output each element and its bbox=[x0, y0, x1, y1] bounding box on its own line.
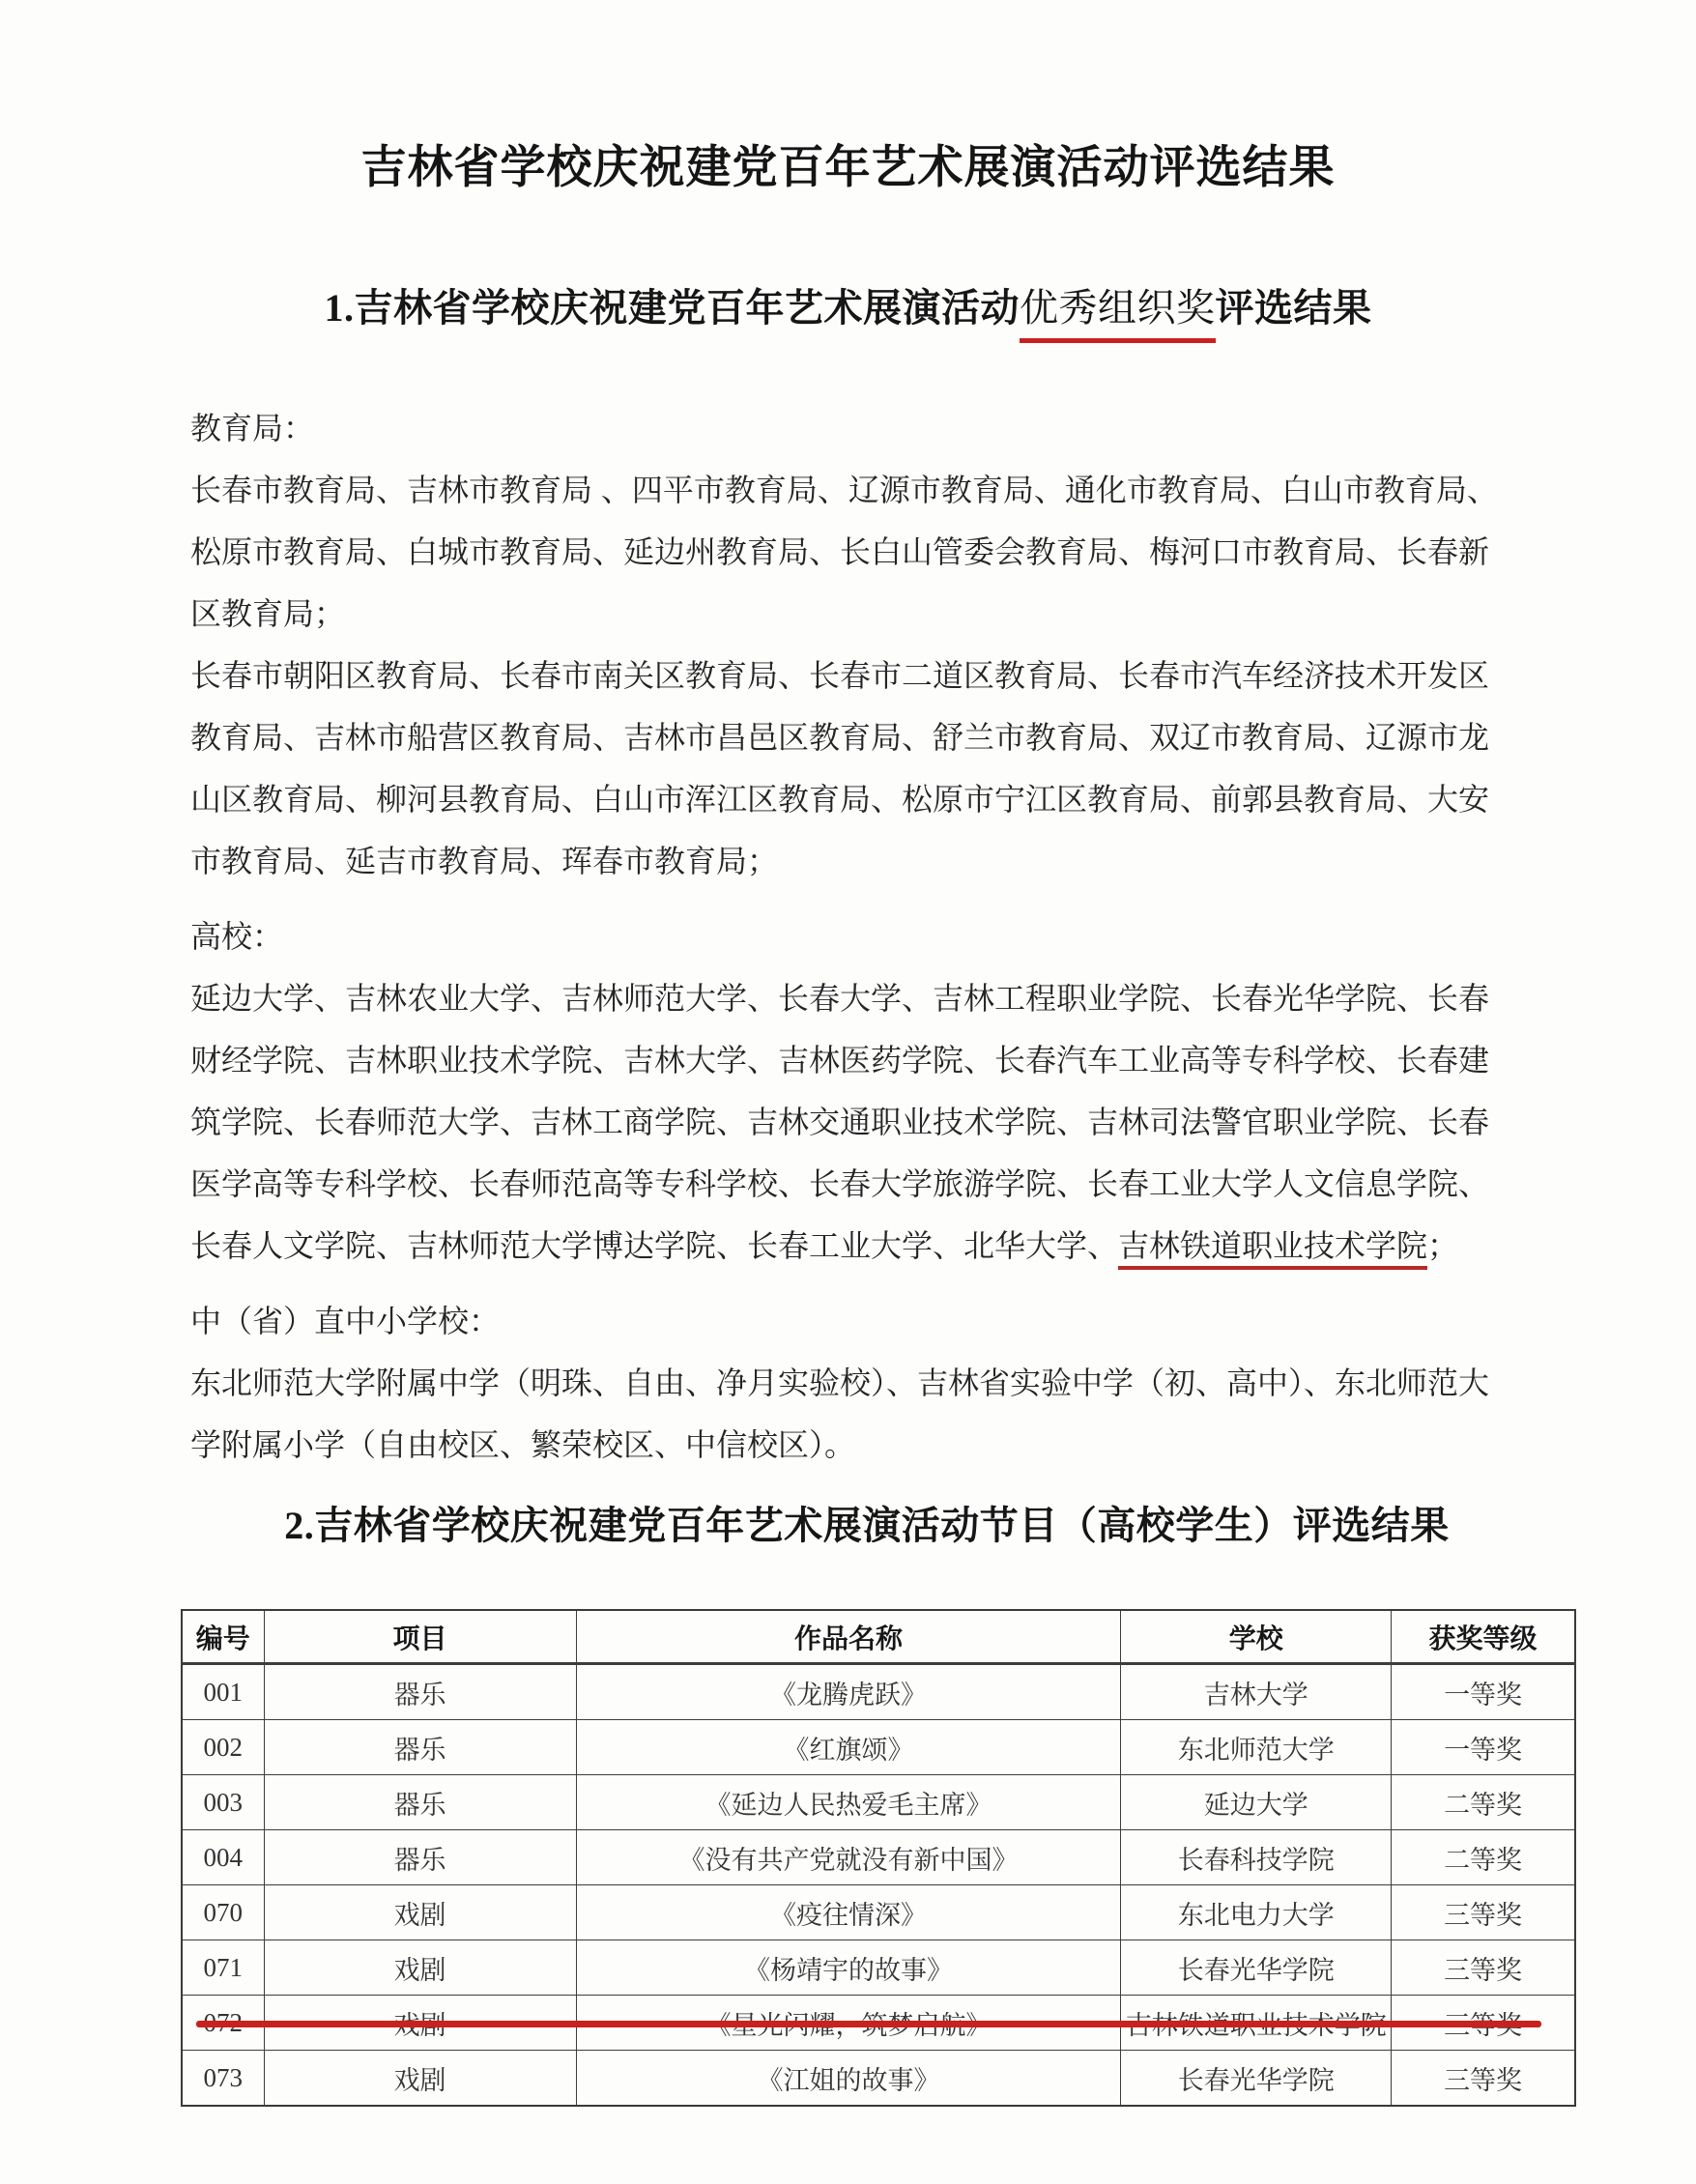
section2-heading-part-b: 活动 bbox=[902, 1505, 980, 1547]
university-label: 高校： bbox=[190, 905, 1543, 967]
document-page: 吉林省学校庆祝建党百年艺术展演活动评选结果 1.吉林省学校庆祝建党百年艺术展演活… bbox=[0, 0, 1696, 2184]
paragraph-line: 延边大学、吉林农业大学、吉林师范大学、长春大学、吉林工程职业学院、长春光华学院、… bbox=[190, 967, 1543, 1029]
section1-heading-part-b: 活动 bbox=[941, 287, 1020, 330]
cell-school: 吉林大学 bbox=[1121, 1664, 1392, 1720]
section2-heading-part-d: 评选结果 bbox=[1293, 1505, 1450, 1547]
section1-heading: 1.吉林省学校庆祝建党百年艺术展演活动优秀组织奖评选结果 bbox=[0, 281, 1696, 335]
section1-heading-part-c: 评选结果 bbox=[1216, 287, 1372, 330]
red-highlight-underline bbox=[196, 2021, 1541, 2027]
section1-heading-underlined-award: 优秀组织奖 bbox=[1020, 286, 1216, 343]
column-header-category: 项目 bbox=[264, 1610, 576, 1664]
cell-id: 070 bbox=[182, 1885, 264, 1940]
paragraph-line: 区教育局； bbox=[190, 583, 1543, 645]
document-body: 教育局： 长春市教育局、吉林市教育局 、四平市教育局、辽源市教育局、通化市教育局… bbox=[0, 397, 1696, 2107]
cell-work: 《没有共产党就没有新中国》 bbox=[576, 1830, 1121, 1885]
education-bureau-label: 教育局： bbox=[190, 397, 1543, 459]
cell-category: 器乐 bbox=[264, 1775, 576, 1830]
cell-school: 东北师范大学 bbox=[1121, 1720, 1392, 1775]
paragraph-line: 东北师范大学附属中学（明珠、自由、净月实验校）、吉林省实验中学（初、高中）、东北… bbox=[190, 1352, 1543, 1414]
paragraph-line-with-highlight: 长春人文学院、吉林师范大学博达学院、长春工业大学、北华大学、吉林铁道职业技术学院… bbox=[190, 1215, 1543, 1277]
cell-school: 东北电力大学 bbox=[1121, 1885, 1392, 1940]
paragraph-line: 长春市朝阳区教育局、长春市南关区教育局、长春市二道区教育局、长春市汽车经济技术开… bbox=[190, 645, 1543, 706]
cell-work: 《龙腾虎跃》 bbox=[576, 1664, 1121, 1720]
cell-award: 一等奖 bbox=[1392, 1664, 1575, 1720]
cell-category: 器乐 bbox=[264, 1720, 576, 1775]
cell-award: 二等奖 bbox=[1392, 1775, 1575, 1830]
provincial-schools-paragraph: 东北师范大学附属中学（明珠、自由、净月实验校）、吉林省实验中学（初、高中）、东北… bbox=[190, 1352, 1543, 1476]
cell-work: 《杨靖宇的故事》 bbox=[576, 1940, 1121, 1996]
table-header-row: 编号 项目 作品名称 学校 获奖等级 bbox=[182, 1610, 1575, 1664]
cell-id: 004 bbox=[182, 1830, 264, 1885]
cell-id: 003 bbox=[182, 1775, 264, 1830]
paragraph-line: 市教育局、延吉市教育局、珲春市教育局； bbox=[190, 830, 1543, 892]
paragraph-line: 财经学院、吉林职业技术学院、吉林大学、吉林医药学院、长春汽车工业高等专科学校、长… bbox=[190, 1029, 1543, 1091]
cell-award: 三等奖 bbox=[1392, 1940, 1575, 1996]
cell-school: 长春光华学院 bbox=[1121, 1940, 1392, 1996]
cell-work: 《红旗颂》 bbox=[576, 1720, 1121, 1775]
cell-school: 长春科技学院 bbox=[1121, 1830, 1392, 1885]
column-header-id: 编号 bbox=[182, 1610, 264, 1664]
university-line-prefix: 长春人文学院、吉林师范大学博达学院、长春工业大学、北华大学、 bbox=[190, 1228, 1118, 1263]
document-title: 吉林省学校庆祝建党百年艺术展演活动评选结果 bbox=[0, 0, 1696, 198]
column-header-award: 获奖等级 bbox=[1392, 1610, 1575, 1664]
table-row: 001 器乐 《龙腾虎跃》 吉林大学 一等奖 bbox=[182, 1664, 1575, 1720]
results-table: 编号 项目 作品名称 学校 获奖等级 001 器乐 《龙腾虎跃》 吉林大学 一等… bbox=[181, 1609, 1576, 2107]
cell-id: 073 bbox=[182, 2051, 264, 2107]
cell-work: 《疫往情深》 bbox=[576, 1885, 1121, 1940]
cell-category: 戏剧 bbox=[264, 1940, 576, 1996]
cell-award: 二等奖 bbox=[1392, 1830, 1575, 1885]
education-bureau-paragraph-1: 长春市教育局、吉林市教育局 、四平市教育局、辽源市教育局、通化市教育局、白山市教… bbox=[190, 459, 1543, 645]
column-header-school: 学校 bbox=[1121, 1610, 1392, 1664]
paragraph-line: 教育局、吉林市船营区教育局、吉林市昌邑区教育局、舒兰市教育局、双辽市教育局、辽源… bbox=[190, 706, 1543, 768]
table-row: 073 戏剧 《江姐的故事》 长春光华学院 三等奖 bbox=[182, 2051, 1575, 2107]
cell-category: 器乐 bbox=[264, 1830, 576, 1885]
table-row: 070 戏剧 《疫往情深》 东北电力大学 三等奖 bbox=[182, 1885, 1575, 1940]
table-row: 071 戏剧 《杨靖宇的故事》 长春光华学院 三等奖 bbox=[182, 1940, 1575, 1996]
paragraph-line: 山区教育局、柳河县教育局、白山市浑江区教育局、松原市宁江区教育局、前郭县教育局、… bbox=[190, 768, 1543, 830]
cell-award: 三等奖 bbox=[1392, 1885, 1575, 1940]
cell-category: 戏剧 bbox=[264, 2051, 576, 2107]
cell-work: 《江姐的故事》 bbox=[576, 2051, 1121, 2107]
university-paragraph: 延边大学、吉林农业大学、吉林师范大学、长春大学、吉林工程职业学院、长春光华学院、… bbox=[190, 967, 1543, 1277]
paragraph-line: 长春市教育局、吉林市教育局 、四平市教育局、辽源市教育局、通化市教育局、白山市教… bbox=[190, 459, 1543, 521]
paragraph-line: 松原市教育局、白城市教育局、延边州教育局、长白山管委会教育局、梅河口市教育局、长… bbox=[190, 521, 1543, 583]
cell-school: 长春光华学院 bbox=[1121, 2051, 1392, 2107]
document-title-part-a: 吉林省学校庆祝建党百年艺术展演 bbox=[361, 143, 1057, 193]
section2-heading: 2.吉林省学校庆祝建党百年艺术展演活动节目（高校学生）评选结果 bbox=[190, 1499, 1543, 1553]
cell-award: 三等奖 bbox=[1392, 2051, 1575, 2107]
document-title-part-b: 活动评选结果 bbox=[1057, 141, 1336, 192]
provincial-schools-label: 中（省）直中小学校： bbox=[190, 1290, 1543, 1352]
cell-id: 002 bbox=[182, 1720, 264, 1775]
highlighted-school-name: 吉林铁道职业技术学院 bbox=[1118, 1228, 1427, 1270]
cell-id: 071 bbox=[182, 1940, 264, 1996]
cell-work: 《延边人民热爱毛主席》 bbox=[576, 1775, 1121, 1830]
university-line-suffix: ； bbox=[1427, 1228, 1458, 1263]
table-row: 004 器乐 《没有共产党就没有新中国》 长春科技学院 二等奖 bbox=[182, 1830, 1575, 1885]
cell-school: 延边大学 bbox=[1121, 1775, 1392, 1830]
education-bureau-paragraph-2: 长春市朝阳区教育局、长春市南关区教育局、长春市二道区教育局、长春市汽车经济技术开… bbox=[190, 645, 1543, 892]
section1-heading-part-a: 1.吉林省学校庆祝建党百年艺术展演 bbox=[325, 286, 942, 330]
cell-id: 001 bbox=[182, 1664, 264, 1720]
table-row: 002 器乐 《红旗颂》 东北师范大学 一等奖 bbox=[182, 1720, 1575, 1775]
column-header-work: 作品名称 bbox=[576, 1610, 1121, 1664]
section2-heading-part-a: 2.吉林省学校庆祝建党百年艺术展演 bbox=[284, 1504, 902, 1547]
section2-heading-part-c: 节目（高校学生） bbox=[980, 1504, 1293, 1547]
paragraph-line: 筑学院、长春师范大学、吉林工商学院、吉林交通职业技术学院、吉林司法警官职业学院、… bbox=[190, 1091, 1543, 1153]
cell-award: 一等奖 bbox=[1392, 1720, 1575, 1775]
results-table-wrapper: 编号 项目 作品名称 学校 获奖等级 001 器乐 《龙腾虎跃》 吉林大学 一等… bbox=[181, 1609, 1576, 2107]
table-row: 003 器乐 《延边人民热爱毛主席》 延边大学 二等奖 bbox=[182, 1775, 1575, 1830]
cell-category: 戏剧 bbox=[264, 1885, 576, 1940]
paragraph-line: 医学高等专科学校、长春师范高等专科学校、长春大学旅游学院、长春工业大学人文信息学… bbox=[190, 1153, 1543, 1215]
cell-category: 器乐 bbox=[264, 1664, 576, 1720]
paragraph-line: 学附属小学（自由校区、繁荣校区、中信校区）。 bbox=[190, 1414, 1543, 1476]
